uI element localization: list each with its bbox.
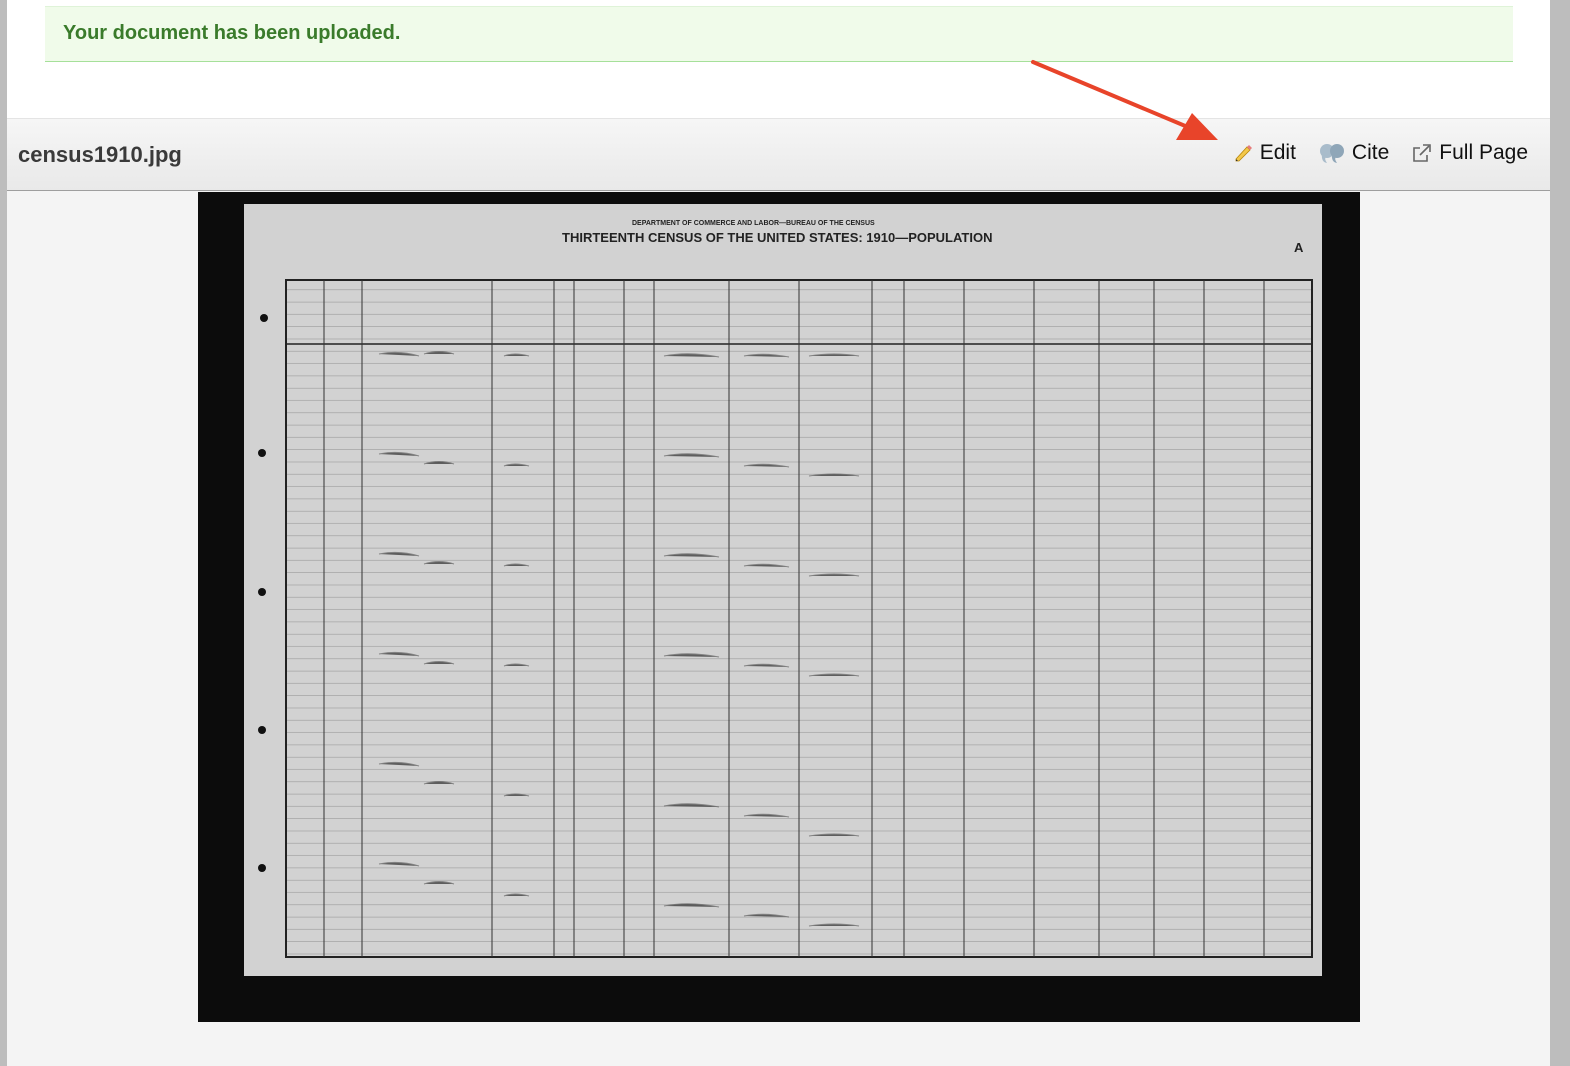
quote-icon (1318, 142, 1346, 164)
full-page-button[interactable]: Full Page (1411, 141, 1528, 165)
census-department-heading: DEPARTMENT OF COMMERCE AND LABOR—BUREAU … (632, 220, 875, 227)
edit-label: Edit (1260, 141, 1296, 165)
census-sheet: DEPARTMENT OF COMMERCE AND LABOR—BUREAU … (244, 204, 1322, 976)
success-flash-message: Your document has been uploaded. (45, 6, 1513, 62)
sheet-label: A (1294, 240, 1303, 255)
census-main-heading: THIRTEENTH CENSUS OF THE UNITED STATES: … (562, 230, 992, 245)
top-area: Your document has been uploaded. (7, 0, 1550, 118)
page: Your document has been uploaded. census1… (7, 0, 1550, 1066)
document-header: census1910.jpg Edit (7, 118, 1550, 191)
document-title: census1910.jpg (18, 142, 182, 168)
cite-label: Cite (1352, 141, 1389, 165)
census-grid (244, 204, 1322, 976)
pencil-icon (1234, 143, 1254, 163)
cite-button[interactable]: Cite (1318, 141, 1389, 165)
flash-text: Your document has been uploaded. (63, 22, 400, 45)
edit-button[interactable]: Edit (1234, 141, 1296, 165)
document-image[interactable]: DEPARTMENT OF COMMERCE AND LABOR—BUREAU … (198, 192, 1360, 1022)
external-link-icon (1411, 143, 1433, 163)
full-page-label: Full Page (1439, 141, 1528, 165)
document-actions: Edit Cite (1234, 141, 1528, 165)
